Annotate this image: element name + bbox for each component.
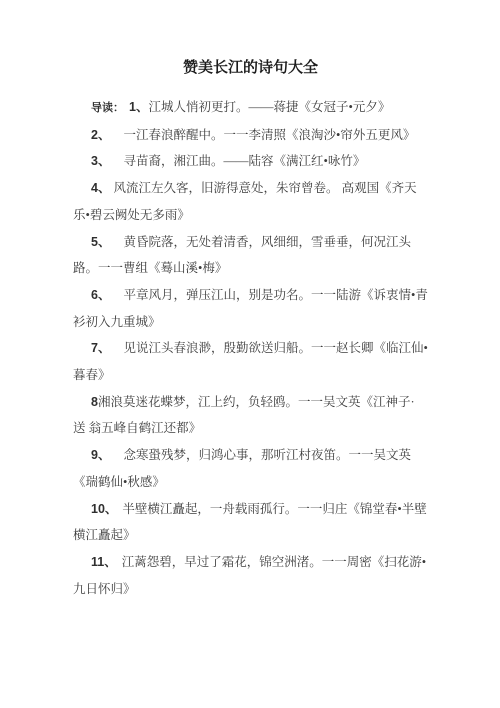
item-text: 见说江头春浪渺，殷勤欲送归船。一一赵长卿《临江仙•暮春》 — [73, 341, 428, 382]
poem-list: 导读：1、江城人悄初更打。——蒋捷《女冠子•元夕》 2、一江春浪醉醒中。一一李清… — [73, 94, 428, 602]
item-text: 平章风月，弹压江山，别是功名。一一陆游《诉衷情•青衫初入九重城》 — [73, 288, 428, 329]
item-number: 4、 — [91, 181, 110, 195]
list-item: 11、江蓠怨碧，早过了霜花，锦空洲渚。一一周密《扫花游•九日怀归》 — [73, 549, 428, 602]
item-text: 湘浪莫迷花蝶梦，江上约，负轻鸥。一一吴文英《江神子· 送 翁五峰自鹤江还都》 — [73, 395, 415, 436]
list-item: 3、寻苗裔，湘江曲。——陆容《满江红•咏竹》 — [73, 148, 428, 175]
page-title: 赞美长江的诗句大全 — [73, 57, 428, 79]
list-item: 6、平章风月，弹压江山，别是功名。一一陆游《诉衷情•青衫初入九重城》 — [73, 282, 428, 335]
item-text: 寻苗裔，湘江曲。——陆容《满江红•咏竹》 — [123, 154, 365, 168]
item-text: 一江春浪醉醒中。一一李清照《浪淘沙•帘外五更风》 — [123, 128, 415, 142]
item-number: 9、 — [91, 448, 110, 462]
item-number: 6、 — [91, 288, 110, 302]
item-number: 5、 — [91, 235, 110, 249]
item-number: 11、 — [91, 555, 117, 569]
item-text: 黄昏院落，无处着清香，风细细，雪垂垂，何况江头路。一一曹组《蓦山溪•梅》 — [73, 235, 411, 276]
item-number: 2、 — [91, 128, 110, 142]
item-number: 7、 — [91, 341, 110, 355]
list-item: 9、念寒蛩残梦，归鸿心事，那听江村夜笛。一一吴文英《瑞鹤仙•秋感》 — [73, 442, 428, 495]
list-item: 4、风流江左久客，旧游得意处，朱帘曾卷。 高观国《齐天 乐•碧云阙处无多雨》 — [73, 175, 428, 228]
item-number: 1、 — [129, 100, 148, 114]
intro-line: 导读：1、江城人悄初更打。——蒋捷《女冠子•元夕》 — [73, 94, 428, 122]
list-item: 8湘浪莫迷花蝶梦，江上约，负轻鸥。一一吴文英《江神子· 送 翁五峰自鹤江还都》 — [73, 389, 428, 442]
document-body: 赞美长江的诗句大全 导读：1、江城人悄初更打。——蒋捷《女冠子•元夕》 2、一江… — [0, 0, 500, 602]
item-text: 江蓠怨碧，早过了霜花，锦空洲渚。一一周密《扫花游•九日怀归》 — [73, 555, 426, 596]
list-item: 10、半壁横江矗起，一舟载雨孤行。一一归庄《锦堂春•半壁横江矗起》 — [73, 496, 428, 549]
list-item: 5、黄昏院落，无处着清香，风细细，雪垂垂，何况江头路。一一曹组《蓦山溪•梅》 — [73, 229, 428, 282]
item-number: 3、 — [91, 154, 110, 168]
item-number: 8 — [91, 395, 98, 409]
item-number: 10、 — [91, 502, 117, 516]
document-page: 赞美长江的诗句大全 导读：1、江城人悄初更打。——蒋捷《女冠子•元夕》 2、一江… — [0, 0, 500, 708]
item-text: 念寒蛩残梦，归鸿心事，那听江村夜笛。一一吴文英《瑞鹤仙•秋感》 — [73, 448, 411, 489]
list-item: 7、见说江头春浪渺，殷勤欲送归船。一一赵长卿《临江仙•暮春》 — [73, 335, 428, 388]
intro-label: 导读： — [91, 102, 124, 114]
item-text: 半壁横江矗起，一舟载雨孤行。一一归庄《锦堂春•半壁横江矗起》 — [73, 502, 427, 543]
item-text: 风流江左久客，旧游得意处，朱帘曾卷。 高观国《齐天 乐•碧云阙处无多雨》 — [73, 181, 417, 222]
item-text: 江城人悄初更打。——蒋捷《女冠子•元夕》 — [148, 100, 390, 114]
list-item: 2、一江春浪醉醒中。一一李清照《浪淘沙•帘外五更风》 — [73, 122, 428, 149]
